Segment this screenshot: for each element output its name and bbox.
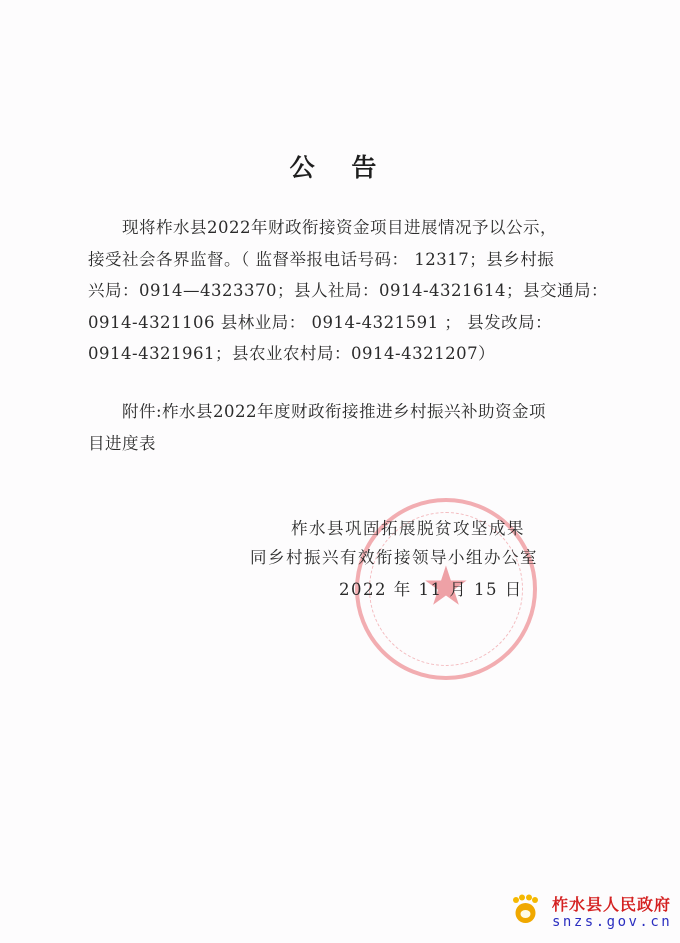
signature-org-line2: 同乡村振兴有效衔接领导小组办公室 bbox=[250, 544, 538, 568]
notice-title: 公 告 bbox=[0, 148, 680, 184]
site-url: snzs.gov.cn bbox=[552, 914, 672, 930]
site-watermark: 柞水县人民政府 snzs.gov.cn bbox=[500, 884, 672, 934]
body-line-2: 接受社会各界监督。（ 监督举报电话号码： 12317；县乡村振 bbox=[88, 244, 588, 276]
body-line-3: 兴局：0914—4323370；县人社局：0914-4321614；县交通局： bbox=[88, 275, 588, 307]
body-line-4: 0914-4321106 县林业局： 0914-4321591 ； 县发改局： bbox=[88, 307, 588, 339]
site-name: 柞水县人民政府 bbox=[552, 892, 671, 915]
attachment-line-1: 附件:柞水县2022年度财政衔接推进乡村振兴补助资金项 bbox=[88, 396, 588, 428]
paw-logo-icon bbox=[510, 894, 540, 924]
signature-org-line1: 柞水县巩固拓展脱贫攻坚成果 bbox=[291, 515, 525, 539]
attachment-line-2: 目进度表 bbox=[88, 428, 588, 460]
body-line-1: 现将柞水县2022年财政衔接资金项目进展情况予以公示， bbox=[88, 212, 588, 244]
attachment-note: 附件:柞水县2022年度财政衔接推进乡村振兴补助资金项 目进度表 bbox=[88, 396, 588, 459]
signature-date: 2022 年 11 月 15 日 bbox=[339, 576, 523, 600]
notice-body: 现将柞水县2022年财政衔接资金项目进展情况予以公示， 接受社会各界监督。（ 监… bbox=[88, 212, 588, 370]
body-line-5: 0914-4321961；县农业农村局：0914-4321207） bbox=[88, 338, 588, 370]
